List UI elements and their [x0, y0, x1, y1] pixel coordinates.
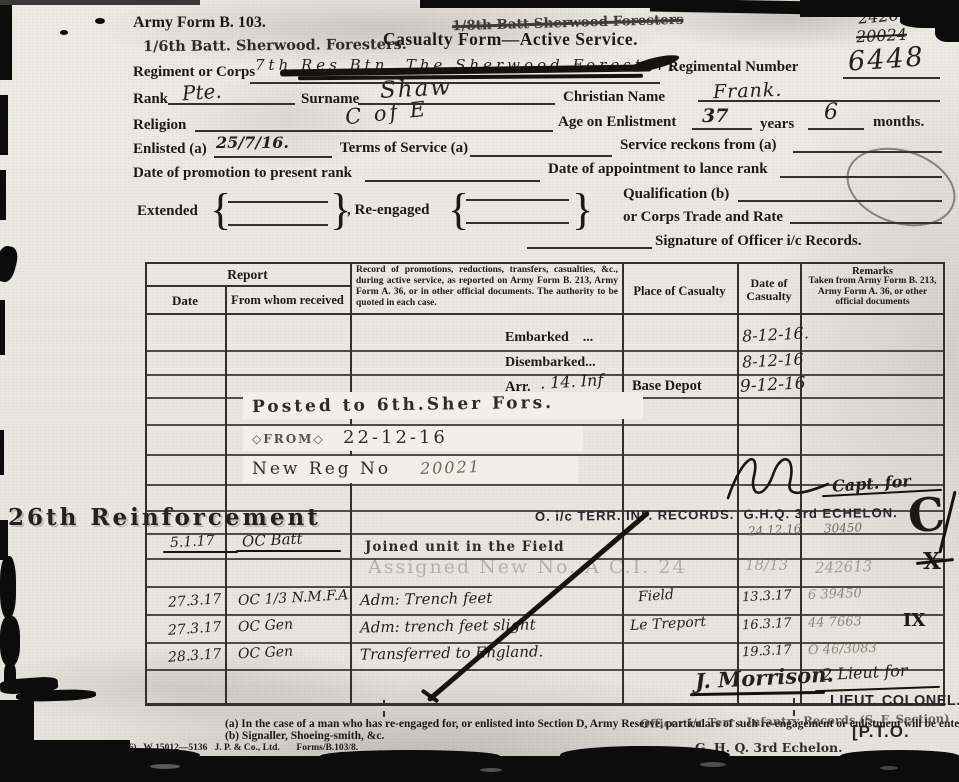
captain-signature-scrawl: [716, 448, 836, 511]
footnote-b: (b) Signaller, Shoeing-smith, &c.: [225, 730, 384, 742]
lieut-for-note: 2 Lieut for: [822, 661, 908, 684]
enlisted-label: Enlisted (a): [133, 141, 207, 158]
row-remarks: 44 7663: [808, 614, 862, 631]
pto-stamp: [P.T.O.: [852, 722, 910, 742]
disembarked-label: Disembarked...: [505, 355, 596, 371]
age-label: Age on Enlistment: [558, 114, 676, 131]
disembarked-date: 8-12-16: [742, 349, 805, 371]
arrived-unit: . 14. Inf: [540, 370, 604, 392]
embarked-date: 8-12-16.: [742, 323, 810, 345]
lance-label: Date of appointment to lance rank: [548, 161, 768, 178]
col-header-remarks-sub: Taken from Army Form B. 213, Army Form A…: [804, 276, 941, 308]
scanned-casualty-form: 242613 20024 Army Form B. 103. 1/6th Bat…: [0, 0, 959, 782]
row-casualty-date: 16.3.17: [742, 616, 792, 634]
years-label: years: [760, 116, 794, 133]
assigned-number-hw1: 18/13: [745, 556, 788, 574]
embarked-label: Embarked ...: [505, 330, 593, 346]
records-date: 24.12.16: [748, 522, 802, 539]
rank-value: Pte.: [181, 79, 222, 106]
row-place: Field: [637, 587, 674, 605]
row-date: 28.3.17: [168, 646, 222, 666]
records-number: 30450: [824, 520, 863, 535]
joined-from-underline: [236, 550, 341, 552]
edge-c-mark: C: [905, 486, 947, 544]
arrived-date: 9-12-16: [740, 373, 807, 396]
promotion-label: Date of promotion to present rank: [133, 165, 352, 182]
regimental-number-value: 6448: [847, 41, 926, 77]
row-from: OC Gen: [238, 644, 294, 663]
form-id: Army Form B. 103.: [133, 14, 266, 32]
row-date: 27.3.17: [168, 591, 222, 611]
unit-stamp: 1/6th Batt. Sherwood. Foresters.: [143, 36, 407, 55]
extended-label: Extended: [137, 203, 198, 220]
months-label: months.: [873, 114, 924, 131]
row-date: 27.3.17: [168, 619, 222, 639]
qualification-label: Qualification (b): [623, 186, 729, 203]
rank-label: Rank: [133, 91, 168, 108]
row-casualty-date: 13.3.17: [742, 588, 792, 606]
regiment-label: Regiment or Corps: [133, 64, 255, 81]
corps-trade-label: or Corps Trade and Rate: [623, 209, 783, 226]
col-header-date: Date: [145, 293, 225, 309]
from-date-stamp: 22-12-16: [343, 427, 448, 448]
from-stamp: ◇FROM◇: [252, 432, 325, 446]
religion-label: Religion: [133, 117, 186, 134]
reinforcement-stamp: 26th Reinforcement: [8, 504, 321, 531]
col-header-casualty-date: Date of Casualty: [739, 277, 799, 303]
service-reckons-label: Service reckons from (a): [620, 137, 776, 154]
row-record: Transferred to England.: [360, 642, 544, 663]
terms-label: Terms of Service (a): [340, 140, 468, 157]
row-from: OC Gen: [238, 617, 294, 636]
posted-stamp: Posted to 6th.Sher Fors.: [252, 393, 554, 417]
lieut-colonel-stamp: LIEUT. COLONEL.: [830, 693, 959, 709]
regimental-number-label: Regimental Number: [668, 59, 798, 76]
assigned-number-stamp: Assigned New No. A C.I. 24: [368, 556, 687, 578]
signature-officer-label: Signature of Officer i/c Records.: [655, 233, 861, 250]
age-months-value: 6: [824, 100, 838, 125]
lieut-for-underline: [815, 686, 940, 692]
extended-brace-open: {: [210, 184, 231, 235]
col-header-place: Place of Casualty: [622, 284, 737, 299]
morrison-signature: J. Morrison.: [694, 661, 834, 693]
assigned-number-hw2: 242613: [815, 557, 873, 577]
joined-unit-stamp: Joined unit in the Field: [365, 539, 565, 555]
row-from: OC 1/3 N.M.F.A.: [238, 587, 353, 609]
christian-name-label: Christian Name: [563, 89, 665, 106]
row-record: Adm: Trench feet: [360, 589, 493, 609]
form-title: Casualty Form—Active Service.: [383, 29, 638, 50]
new-reg-value: 20021: [420, 457, 482, 478]
joined-date: 5.1.17: [170, 533, 215, 551]
reengaged-label: , Re-engaged: [347, 202, 430, 219]
age-years-value: 37: [702, 105, 728, 127]
row-casualty-date: 19.3.17: [742, 643, 792, 661]
joined-date-underline: [163, 551, 238, 553]
col-header-record: Record of promotions, reductions, transf…: [356, 265, 618, 309]
col-header-from-whom: From whom received: [227, 293, 348, 308]
row-remarks: O 46/3083: [808, 641, 877, 658]
row-remarks: 6 39450: [808, 586, 862, 603]
joined-from: OC Batt: [242, 529, 303, 550]
col-header-report: Report: [145, 267, 350, 283]
ix-check-mark: IX: [903, 610, 925, 631]
enlisted-value: 25/7/16.: [216, 133, 289, 152]
reengaged-brace-open: {: [448, 184, 469, 235]
new-reg-stamp: New Reg No: [252, 459, 391, 479]
row-place: Le Treport: [630, 614, 707, 634]
reengaged-brace-close: }: [572, 184, 593, 235]
